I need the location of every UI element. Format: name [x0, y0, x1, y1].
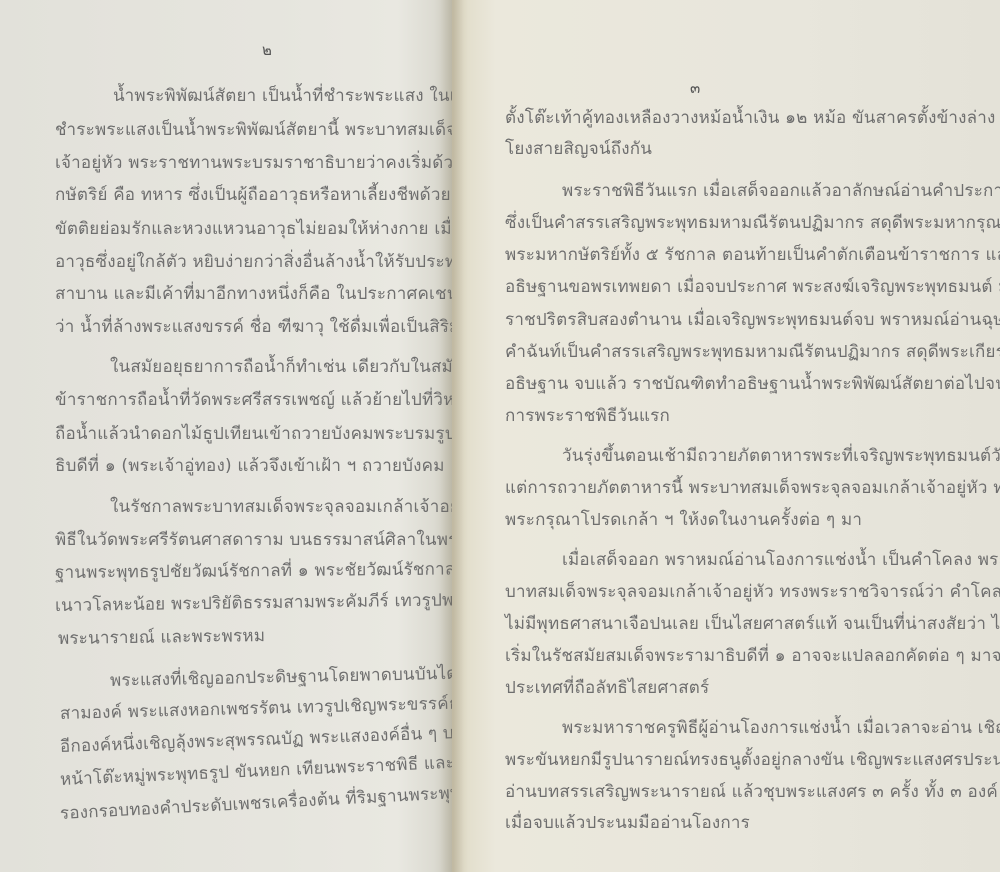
- text-line: ว่า น้ำที่ล้างพระแสงขรรค์ ชื่อ ฑีฆาวุ ใช…: [55, 317, 452, 337]
- text-line: อ่านบทสรรเสริญพระนารายณ์ แล้วชุบพระแสงศร…: [505, 782, 998, 802]
- text-line: พระขันหยกมีรูปนารายณ์ทรงธนูตั้งอยู่กลางข…: [505, 750, 1000, 770]
- text-line: พระมหากษัตริย์ทั้ง ๕ รัชกาล ตอนท้ายเป็นค…: [505, 245, 1000, 265]
- text-line: การพระราชพิธีวันแรก: [505, 406, 670, 426]
- text-line: อาวุธซึ่งอยู่ใกล้ตัว หยิบง่ายกว่าสิ่งอื่…: [55, 252, 452, 272]
- book-gutter: [440, 0, 464, 872]
- text-line: วันรุ่งขึ้นตอนเช้ามีถวายภัตตาหารพระที่เจ…: [562, 446, 1000, 466]
- text-line: พระแสงที่เชิญออกประดิษฐานโดยพาดบนบันไดแก…: [110, 661, 452, 691]
- text-line: พระราชพิธีวันแรก เมื่อเสด็จออกแล้วอาลักษ…: [562, 181, 1000, 201]
- text-line: ชำระพระแสงเป็นน้ำพระพิพัฒน์สัตยานี้ พระบ…: [55, 120, 452, 140]
- text-line: พระกรุณาโปรดเกล้า ฯ ให้งดในงานครั้งต่อ ๆ…: [505, 510, 862, 530]
- text-line: แต่การถวายภัตตาหารนี้ พระบาทสมเด็จพระจุล…: [505, 478, 1000, 498]
- text-line: เมื่อเสด็จออก พราหมณ์อ่านโองการแช่งน้ำ เ…: [562, 550, 1000, 570]
- text-line: อธิษฐาน จบแล้ว ราชบัณฑิตทำอธิษฐานน้ำพระพ…: [505, 374, 1000, 394]
- text-line: ซึ่งเป็นคำสรรเสริญพระพุทธมหามณีรัตนปฏิมา…: [505, 213, 1000, 233]
- text-line: สามองค์ พระแสงหอกเพชรรัตน เทวรูปเชิญพระข…: [60, 692, 452, 724]
- page-number: ๓: [690, 76, 700, 100]
- text-line: ฐานพระพุทธรูปชัยวัฒน์รัชกาลที่ ๑ พระชัยว…: [55, 558, 452, 583]
- text-line: ประเทศที่ถือลัทธิไสยศาสตร์: [505, 678, 709, 698]
- text-line: พระนารายณ์ และพระพรหม: [58, 626, 265, 649]
- text-line: ธิบดีที่ ๑ (พระเจ้าอู่ทอง) แล้วจึงเข้าเฝ…: [55, 456, 445, 476]
- page-number: ๒: [262, 38, 272, 62]
- right-page: ๓ ตั้งโต๊ะเท้าคู้ทองเหลืองวางหม้อน้ำเงิน…: [452, 0, 1000, 872]
- text-line: ไม่มีพุทธศาสนาเจือปนเลย เป็นไสยศาสตร์แท้…: [505, 614, 1000, 634]
- text-line: ข้าราชการถือน้ำที่วัดพระศรีสรรเพชญ์ แล้ว…: [55, 390, 452, 410]
- text-line: เริ่มในรัชสมัยสมเด็จพระรามาธิบดีที่ ๑ อา…: [505, 646, 1000, 666]
- text-line: หน้าโต๊ะหมู่พระพุทธรูป ขันหยก เทียนพระรา…: [60, 750, 452, 790]
- text-line: เนาวโลหะน้อย พระปริยัติธรรมสามพระคัมภีร์…: [55, 589, 452, 616]
- text-line: พระมหาราชครูพิธีผู้อ่านโองการแช่งน้ำ เมื…: [562, 718, 1000, 738]
- text-line: บาทสมเด็จพระจุลจอมเกล้าเจ้าอยู่หัว ทรงพร…: [505, 582, 1000, 602]
- text-line: กษัตริย์ คือ ทหาร ซึ่งเป็นผู้ถืออาวุธหรื…: [55, 185, 452, 205]
- text-line: ในรัชกาลพระบาทสมเด็จพระจุลจอมเกล้าเจ้าอย…: [110, 497, 452, 517]
- text-line: เมื่อจบแล้วประนมมืออ่านโองการ: [505, 813, 750, 833]
- text-line: คำฉันท์เป็นคำสรรเสริญพระพุทธมหามณีรัตนปฏ…: [505, 342, 1000, 362]
- text-line: อธิษฐานขอพรเทพยดา เมื่อจบประกาศ พระสงฆ์เ…: [505, 277, 1000, 297]
- text-line: น้ำพระพิพัฒน์สัตยา เป็นน้ำที่ชำระพระแสง …: [113, 86, 452, 106]
- left-page: ๒ น้ำพระพิพัฒน์สัตยา เป็นน้ำที่ชำระพระแส…: [0, 0, 452, 872]
- text-line: เจ้าอยู่หัว พระราชทานพระบรมราชาธิบายว่าค…: [55, 153, 452, 173]
- text-line: โยงสายสิญจน์ถึงกัน: [505, 139, 652, 159]
- text-line: ถือน้ำแล้วนำดอกไม้ธูปเทียนเข้าถวายบังคมพ…: [55, 424, 452, 444]
- text-line: อีกองค์หนึ่งเชิญลุ้งพระสุพรรณบัฏ พระแสงอ…: [60, 722, 452, 757]
- text-line: ขัตติยย่อมรักและหวงแหวนอาวุธไม่ยอมให้ห่า…: [55, 219, 452, 239]
- text-line: ในสมัยอยุธยาการถือน้ำก็ทำเช่น เดียวกับใน…: [110, 357, 452, 377]
- text-line: พิธีในวัดพระศรีรัตนศาสดาราม บนธรรมาสน์ศิ…: [55, 530, 452, 550]
- text-line: สาบาน และมีเค้าที่มาอีกทางหนึ่งก็คือ ในป…: [55, 284, 452, 304]
- text-line: ตั้งโต๊ะเท้าคู้ทองเหลืองวางหม้อน้ำเงิน ๑…: [505, 108, 1000, 128]
- text-line: ราชปริตรสิบสองตำนาน เมื่อเจริญพระพุทธมนต…: [505, 310, 1000, 330]
